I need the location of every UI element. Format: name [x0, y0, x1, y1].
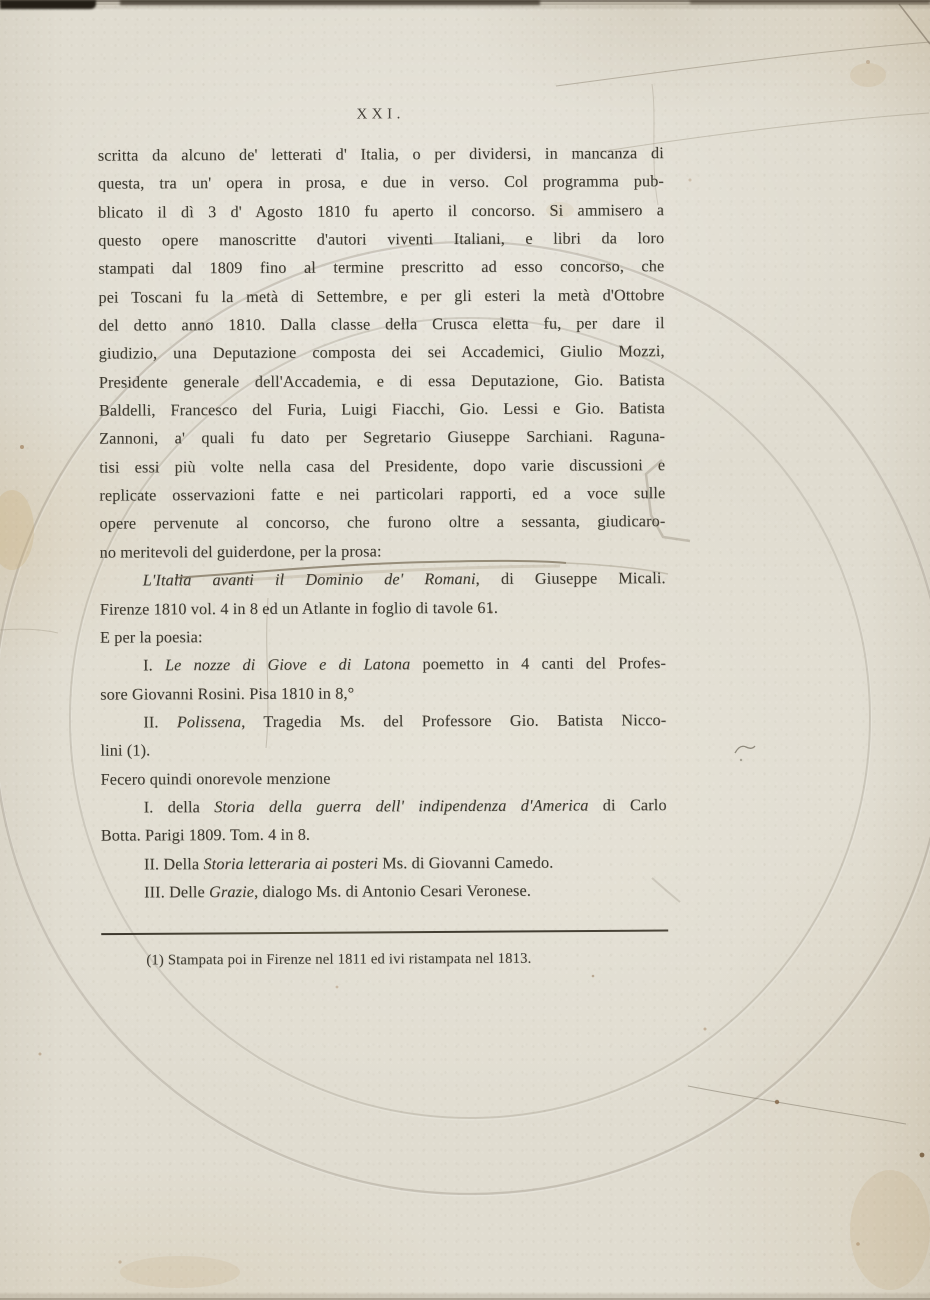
text-line: giudizio, una Deputazione composta dei s… — [99, 338, 665, 369]
italic-work-title: Le nozze di Giove e di Latona — [165, 655, 410, 674]
scanned-book-page: XXI. scritta da alcuno de' letterati d' … — [0, 0, 930, 1300]
text-line: Firenze 1810 vol. 4 in 8 ed un Atlante i… — [100, 593, 666, 624]
italic-work-title: L'Italia avanti il Dominio de' Romani — [143, 570, 476, 589]
text-line: E per la poesia: — [100, 621, 666, 652]
text-line: pei Toscani fu la metà di Settembre, e p… — [98, 281, 664, 312]
text-run: Firenze 1810 vol. 4 in 8 ed un Atlante i… — [100, 598, 498, 618]
text-run: replicate osservazioni fatte e nei parti… — [99, 484, 665, 504]
text-run: giudizio, una Deputazione composta dei s… — [99, 343, 665, 363]
text-run: poemetto in 4 canti del Profes- — [410, 654, 666, 673]
text-line: del detto anno 1810. Dalla classe della … — [99, 309, 665, 340]
text-run: tisi essi più volte nella casa del Presi… — [99, 456, 665, 476]
text-run: , Tragedia Ms. del Professore Gio. Batis… — [241, 711, 666, 731]
text-line: stampati dal 1809 fino al termine prescr… — [98, 253, 664, 284]
text-line: Botta. Parigi 1809. Tom. 4 in 8. — [101, 819, 667, 850]
text-line: Presidente generale dell'Accademia, e di… — [99, 366, 665, 397]
text-line: questa, tra un' opera in prosa, e due in… — [98, 167, 664, 198]
text-run: II. — [143, 713, 177, 731]
text-run: pei Toscani fu la metà di Settembre, e p… — [98, 286, 664, 306]
italic-work-title: Storia letteraria ai posteri — [203, 854, 378, 873]
text-run: Botta. Parigi 1809. Tom. 4 in 8. — [101, 826, 310, 845]
text-run: Zannoni, a' quali fu dato per Segretario… — [99, 428, 665, 448]
italic-work-title: Grazie — [209, 883, 254, 901]
text-run: sore Giovanni Rosini. Pisa 1810 in 8,° — [100, 684, 354, 703]
page-content: XXI. scritta da alcuno de' letterati d' … — [0, 0, 930, 1300]
text-run: , di Giuseppe Micali. — [476, 569, 666, 588]
text-line: Fecero quindi onorevole menzione — [100, 763, 666, 794]
text-run: scritta da alcuno de' letterati d' Itali… — [98, 144, 664, 164]
text-run: Ms. di Giovanni Camedo. — [378, 853, 553, 872]
text-run: II. Della — [144, 855, 204, 873]
text-line: Baldelli, Francesco del Furia, Luigi Fia… — [99, 394, 665, 425]
text-run: questa, tra un' opera in prosa, e due in… — [98, 172, 664, 192]
text-line: tisi essi più volte nella casa del Presi… — [99, 451, 665, 482]
text-line: sore Giovanni Rosini. Pisa 1810 in 8,° — [100, 678, 666, 709]
footnote-rule — [101, 930, 668, 936]
text-run: , dialogo Ms. di Antonio Cesari Veronese… — [254, 882, 531, 901]
text-run: III. Delle — [144, 883, 209, 901]
text-run: E per la poesia: — [100, 628, 203, 646]
text-line: no meritevoli del guiderdone, per la pro… — [100, 536, 666, 567]
text-run: blicato il dì 3 d' Agosto 1810 fu aperto… — [98, 201, 664, 221]
text-run: Presidente generale dell'Accademia, e di… — [99, 371, 665, 391]
text-line: II. Della Storia letteraria ai posteri M… — [101, 848, 667, 879]
text-run: di Carlo — [588, 796, 666, 814]
text-run: opere pervenute al concorso, che furono … — [99, 513, 665, 533]
text-lines: scritta da alcuno de' letterati d' Itali… — [98, 139, 667, 907]
text-line: I. Le nozze di Giove e di Latona poemett… — [100, 649, 666, 680]
italic-work-title: Storia della guerra dell' indipendenza d… — [214, 796, 588, 816]
footnote-text: (1) Stampata poi in Firenze nel 1811 ed … — [146, 950, 676, 969]
text-line: III. Delle Grazie, dialogo Ms. di Antoni… — [101, 876, 667, 907]
text-line: blicato il dì 3 d' Agosto 1810 fu aperto… — [98, 196, 664, 227]
text-line: scritta da alcuno de' letterati d' Itali… — [98, 139, 664, 170]
text-run: I. — [143, 656, 165, 674]
text-run: no meritevoli del guiderdone, per la pro… — [100, 542, 382, 561]
text-run: Baldelli, Francesco del Furia, Luigi Fia… — [99, 399, 665, 419]
text-run: lini (1). — [100, 742, 150, 760]
text-line: replicate osservazioni fatte e nei parti… — [99, 479, 665, 510]
text-run: I. della — [144, 798, 215, 816]
text-line: L'Italia avanti il Dominio de' Romani, d… — [100, 564, 666, 595]
text-line: opere pervenute al concorso, che furono … — [99, 508, 665, 539]
text-line: I. della Storia della guerra dell' indip… — [101, 791, 667, 822]
text-line: lini (1). — [100, 734, 666, 765]
text-run: questo opere manoscritte d'autori vivent… — [98, 229, 664, 249]
text-line: Zannoni, a' quali fu dato per Segretario… — [99, 423, 665, 454]
page-number: XXI. — [98, 105, 664, 124]
text-line: questo opere manoscritte d'autori vivent… — [98, 224, 664, 255]
italic-work-title: Polissena — [177, 713, 241, 731]
text-run: Fecero quindi onorevole menzione — [101, 769, 331, 788]
text-run: stampati dal 1809 fino al termine prescr… — [98, 258, 664, 278]
text-run: del detto anno 1810. Dalla classe della … — [99, 314, 665, 334]
text-line: II. Polissena, Tragedia Ms. del Professo… — [100, 706, 666, 737]
